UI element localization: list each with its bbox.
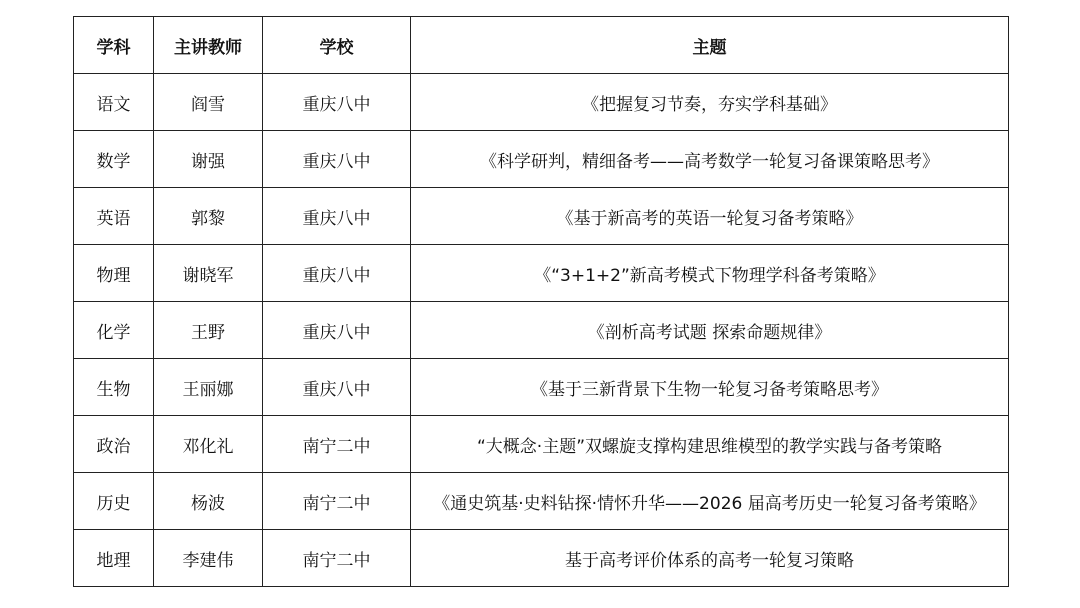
- cell-topic: 《科学研判，精细备考——高考数学一轮复习备课策略思考》: [411, 131, 1009, 188]
- cell-school: 重庆八中: [263, 188, 411, 245]
- cell-teacher: 阎雪: [154, 74, 263, 131]
- cell-subject: 化学: [74, 302, 154, 359]
- cell-teacher: 谢晓军: [154, 245, 263, 302]
- cell-subject: 物理: [74, 245, 154, 302]
- cell-teacher: 王丽娜: [154, 359, 263, 416]
- cell-topic: 《剖析高考试题 探索命题规律》: [411, 302, 1009, 359]
- cell-topic: 《通史筑基·史料钻探·情怀升华——2026 届高考历史一轮复习备考策略》: [411, 473, 1009, 530]
- table-row: 数学谢强重庆八中《科学研判，精细备考——高考数学一轮复习备课策略思考》: [74, 131, 1009, 188]
- cell-teacher: 邓化礼: [154, 416, 263, 473]
- header-topic: 主题: [411, 17, 1009, 74]
- table-row: 地理李建伟南宁二中基于高考评价体系的高考一轮复习策略: [74, 530, 1009, 587]
- table-row: 语文阎雪重庆八中《把握复习节奏，夯实学科基础》: [74, 74, 1009, 131]
- cell-school: 重庆八中: [263, 245, 411, 302]
- cell-school: 南宁二中: [263, 416, 411, 473]
- cell-subject: 语文: [74, 74, 154, 131]
- table-row: 物理谢晓军重庆八中《“3+1+2”新高考模式下物理学科备考策略》: [74, 245, 1009, 302]
- cell-school: 南宁二中: [263, 473, 411, 530]
- cell-school: 南宁二中: [263, 530, 411, 587]
- cell-school: 重庆八中: [263, 359, 411, 416]
- cell-teacher: 谢强: [154, 131, 263, 188]
- cell-school: 重庆八中: [263, 131, 411, 188]
- cell-teacher: 郭黎: [154, 188, 263, 245]
- table-row: 政治邓化礼南宁二中“大概念·主题”双螺旋支撑构建思维模型的教学实践与备考策略: [74, 416, 1009, 473]
- cell-school: 重庆八中: [263, 74, 411, 131]
- table-row: 历史杨波南宁二中《通史筑基·史料钻探·情怀升华——2026 届高考历史一轮复习备…: [74, 473, 1009, 530]
- cell-teacher: 杨波: [154, 473, 263, 530]
- table-row: 化学王野重庆八中《剖析高考试题 探索命题规律》: [74, 302, 1009, 359]
- cell-topic: 《把握复习节奏，夯实学科基础》: [411, 74, 1009, 131]
- table-row: 英语郭黎重庆八中《基于新高考的英语一轮复习备考策略》: [74, 188, 1009, 245]
- cell-teacher: 李建伟: [154, 530, 263, 587]
- cell-topic: “大概念·主题”双螺旋支撑构建思维模型的教学实践与备考策略: [411, 416, 1009, 473]
- cell-topic: 《“3+1+2”新高考模式下物理学科备考策略》: [411, 245, 1009, 302]
- cell-school: 重庆八中: [263, 302, 411, 359]
- header-teacher: 主讲教师: [154, 17, 263, 74]
- cell-topic: 《基于新高考的英语一轮复习备考策略》: [411, 188, 1009, 245]
- header-subject: 学科: [74, 17, 154, 74]
- lecture-schedule-table: 学科 主讲教师 学校 主题 语文阎雪重庆八中《把握复习节奏，夯实学科基础》 数学…: [73, 16, 1009, 587]
- header-school: 学校: [263, 17, 411, 74]
- table-row: 生物王丽娜重庆八中《基于三新背景下生物一轮复习备考策略思考》: [74, 359, 1009, 416]
- cell-teacher: 王野: [154, 302, 263, 359]
- cell-subject: 数学: [74, 131, 154, 188]
- cell-subject: 生物: [74, 359, 154, 416]
- cell-topic: 《基于三新背景下生物一轮复习备考策略思考》: [411, 359, 1009, 416]
- cell-subject: 历史: [74, 473, 154, 530]
- header-row: 学科 主讲教师 学校 主题: [74, 17, 1009, 74]
- cell-subject: 地理: [74, 530, 154, 587]
- cell-topic: 基于高考评价体系的高考一轮复习策略: [411, 530, 1009, 587]
- cell-subject: 政治: [74, 416, 154, 473]
- cell-subject: 英语: [74, 188, 154, 245]
